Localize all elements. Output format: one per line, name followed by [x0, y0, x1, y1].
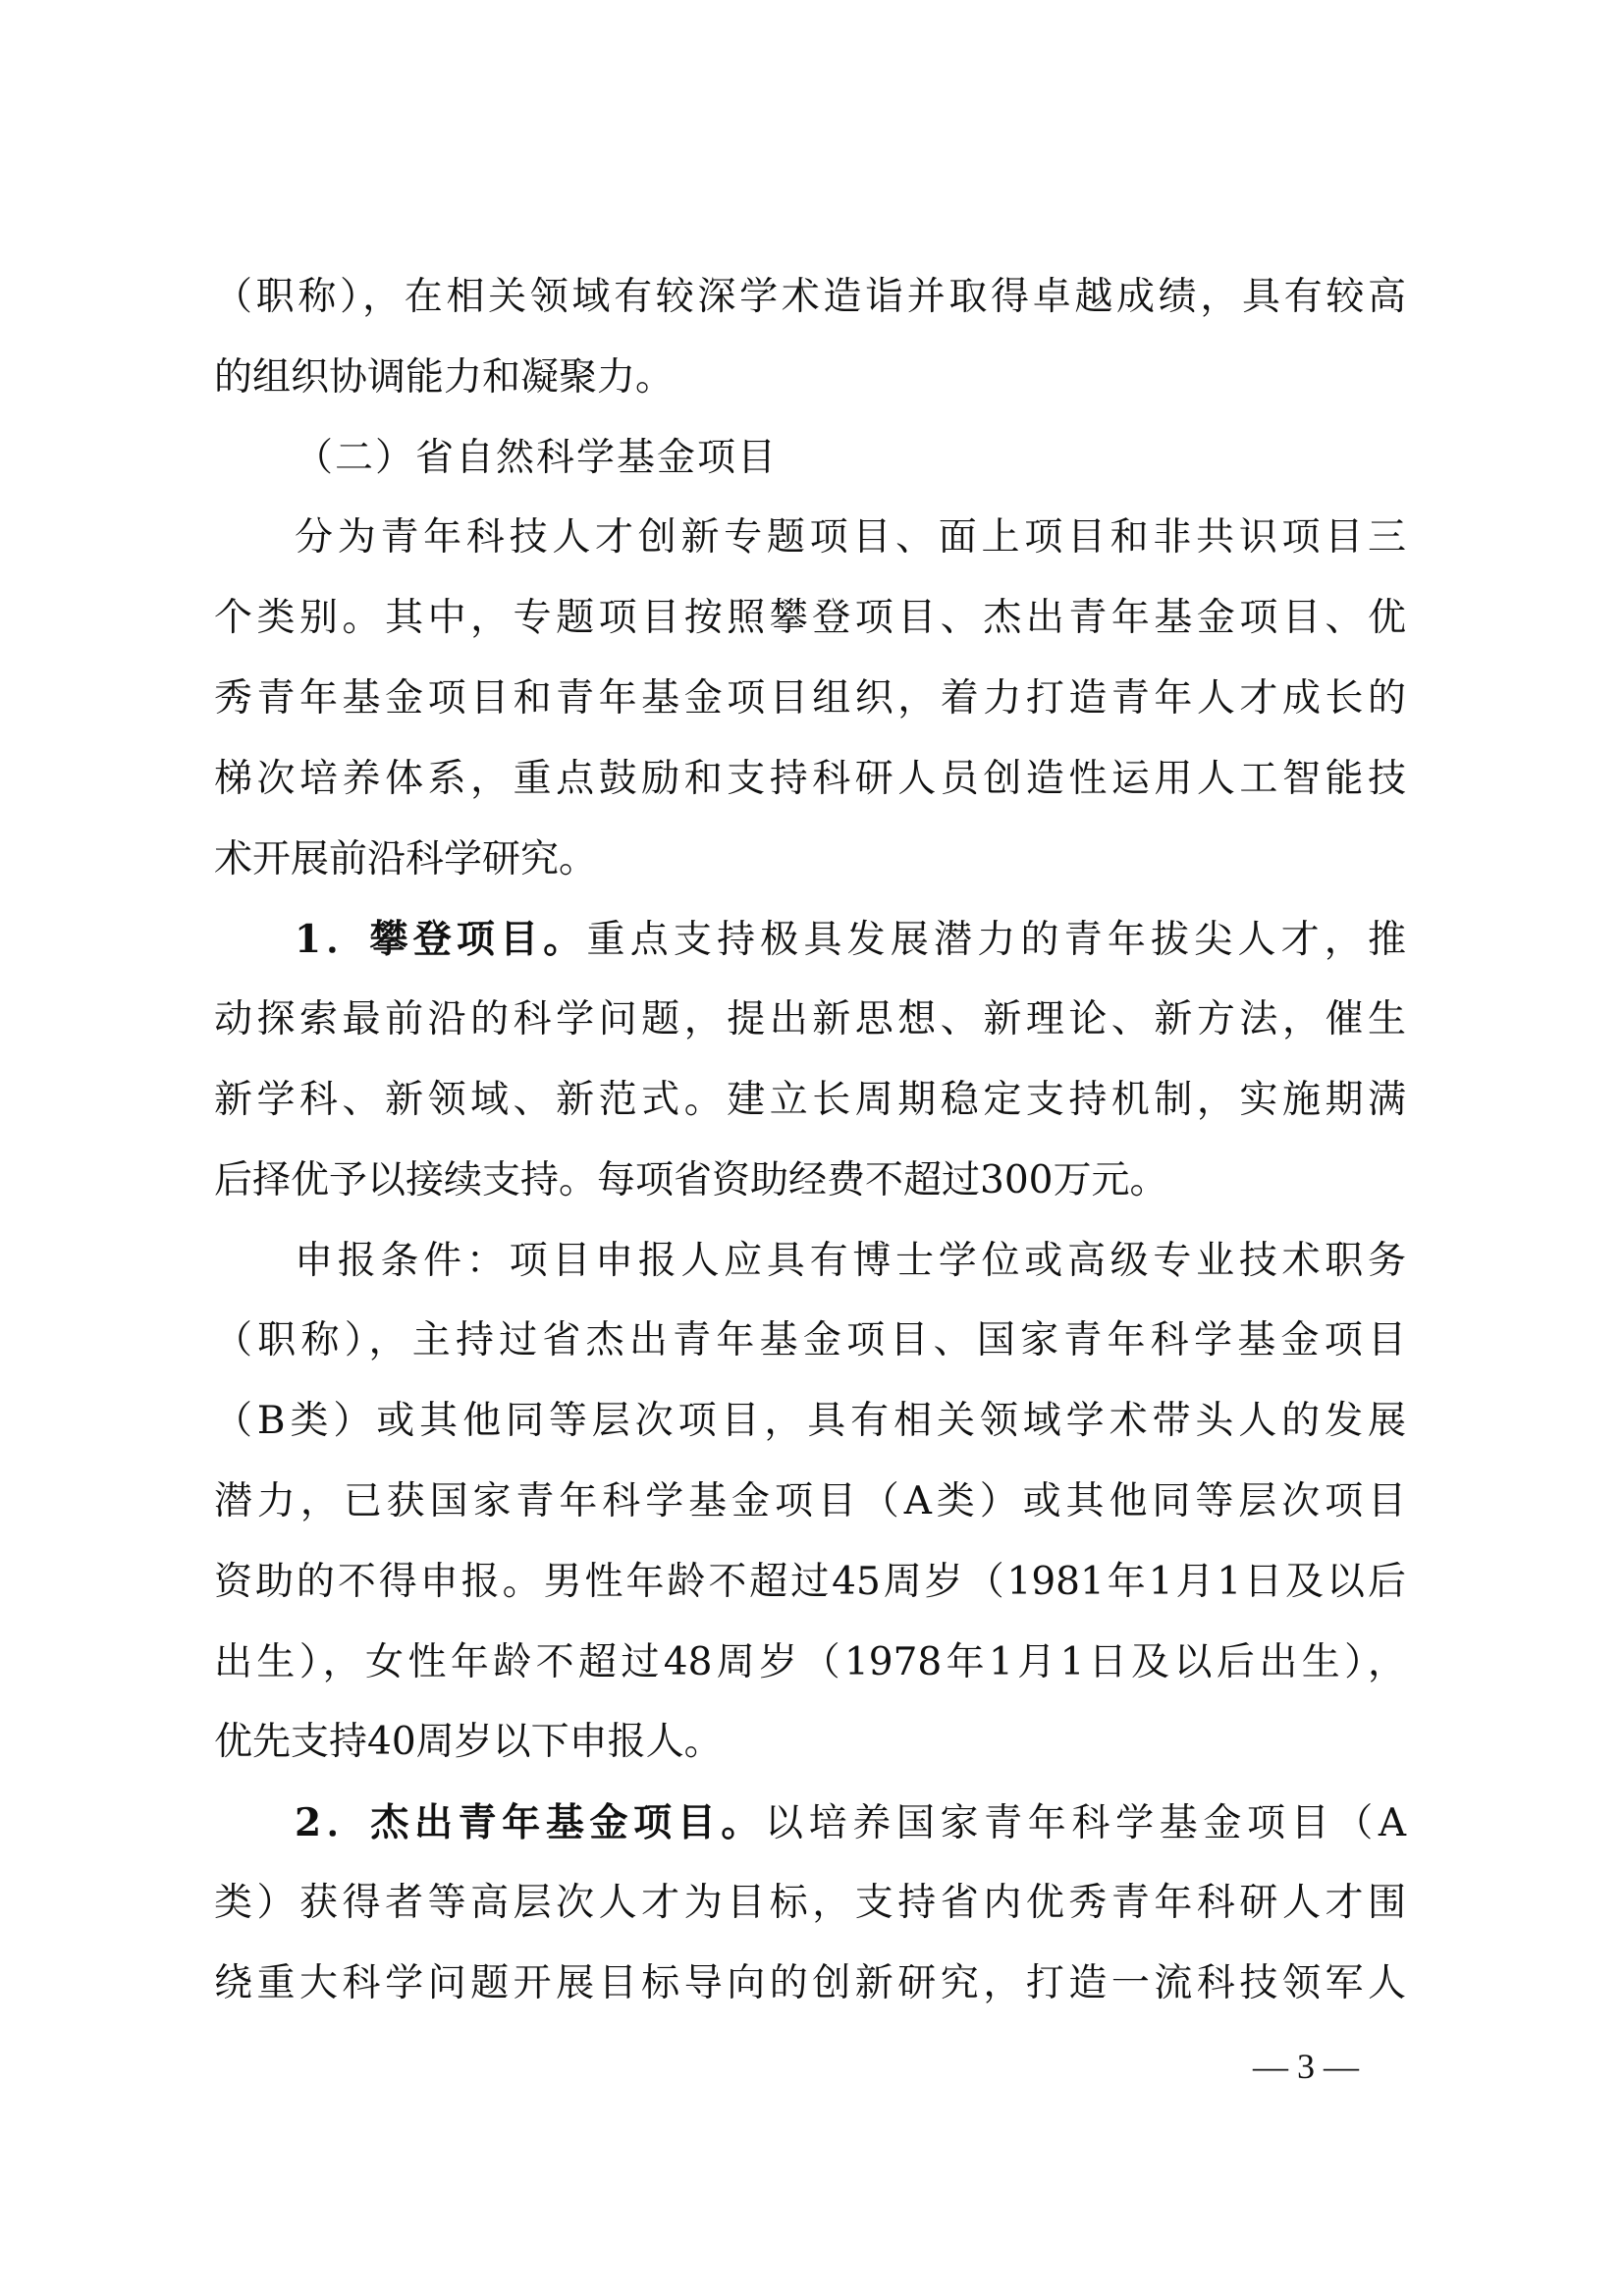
paragraph-line: （职称），在相关领域有较深学术造诣并取得卓越成绩，具有较高 [214, 257, 1406, 338]
paragraph-line: 资助的不得申报。男性年龄不超过45周岁（1981年1月1日及以后 [214, 1542, 1406, 1623]
paragraph-line: 分为青年科技人才创新专题项目、面上项目和非共识项目三 [295, 498, 1406, 578]
page-number: — 3 — [1233, 2042, 1379, 2091]
paragraph-line: （职称），主持过省杰出青年基金项目、国家青年科学基金项目 [214, 1301, 1406, 1381]
paragraph-line: 个类别。其中，专题项目按照攀登项目、杰出青年基金项目、优 [214, 578, 1406, 659]
paragraph-line: 新学科、新领域、新范式。建立长周期稳定支持机制，实施期满 [214, 1060, 1406, 1141]
paragraph-line: 动探索最前沿的科学问题，提出新思想、新理论、新方法，催生 [214, 980, 1406, 1060]
paragraph-line: 绕重大科学问题开展目标导向的创新研究，打造一流科技领军人 [214, 1944, 1406, 2024]
paragraph-line: 潜力，已获国家青年科学基金项目（A类）或其他同等层次项目 [214, 1462, 1406, 1542]
paragraph-line: （B类）或其他同等层次项目，具有相关领域学术带头人的发展 [214, 1381, 1406, 1462]
paragraph-line: 申报条件：项目申报人应具有博士学位或高级专业技术职务 [295, 1221, 1406, 1302]
paragraph-line: 秀青年基金项目和青年基金项目组织，着力打造青年人才成长的 [214, 659, 1406, 739]
subsection-paragraph-line: 2．杰出青年基金项目。以培养国家青年科学基金项目（A [295, 1783, 1406, 1863]
paragraph-line: 梯次培养体系，重点鼓励和支持科研人员创造性运用人工智能技 [214, 739, 1406, 820]
paragraph-line: 出生），女性年龄不超过48周岁（1978年1月1日及以后出生）， [214, 1623, 1406, 1703]
section-heading: （二）省自然科学基金项目 [295, 418, 1406, 499]
subsection-paragraph-line: 1．攀登项目。重点支持极具发展潜力的青年拔尖人才，推 [295, 899, 1406, 980]
paragraph-line: 术开展前沿科学研究。 [214, 820, 1406, 900]
paragraph-line: 的组织协调能力和凝聚力。 [214, 338, 1406, 418]
paragraph-text: 以培养国家青年科学基金项目（A [765, 1801, 1406, 1845]
subsection-title: 1．攀登项目。 [295, 917, 587, 962]
paragraph-text: 重点支持极具发展潜力的青年拔尖人才，推 [587, 918, 1407, 962]
paragraph-line: 优先支持40周岁以下申报人。 [214, 1702, 1406, 1783]
document-page: （职称），在相关领域有较深学术造诣并取得卓越成绩，具有较高 的组织协调能力和凝聚… [0, 0, 1624, 2296]
subsection-title: 2．杰出青年基金项目。 [295, 1800, 765, 1845]
paragraph-line: 后择优予以接续支持。每项省资助经费不超过300万元。 [214, 1141, 1406, 1221]
paragraph-line: 类）获得者等高层次人才为目标，支持省内优秀青年科研人才围 [214, 1863, 1406, 1944]
